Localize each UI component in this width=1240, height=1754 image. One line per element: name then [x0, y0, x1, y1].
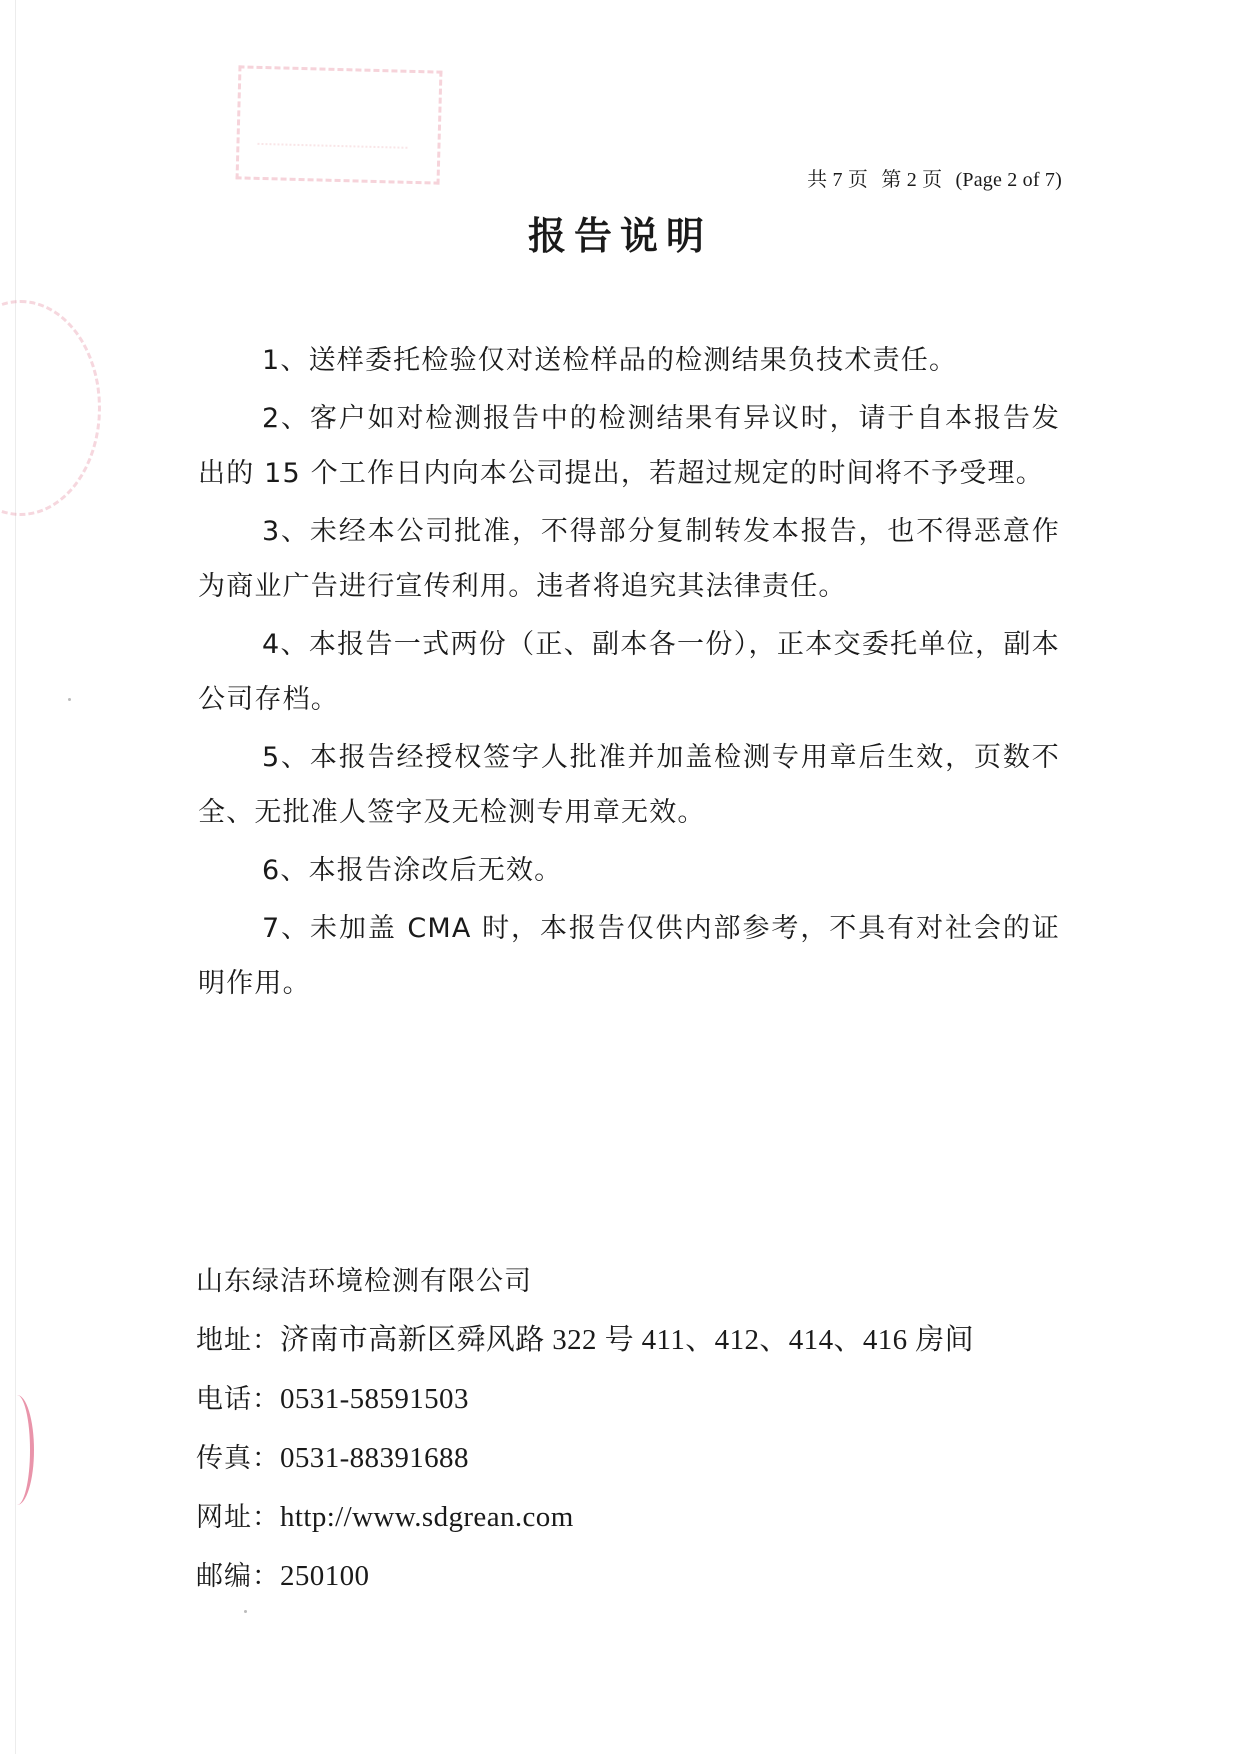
- postcode-line: 邮编：250100: [196, 1547, 1096, 1606]
- note-item-6: 6、本报告涂改后无效。: [198, 843, 1060, 898]
- scan-speck: [68, 698, 71, 701]
- fax-value: 0531-88391688: [280, 1442, 469, 1474]
- note-item-7: 7、未加盖 CMA 时，本报告仅供内部参考，不具有对社会的证明作用。: [198, 901, 1060, 1011]
- website-line: 网址：http://www.sdgrean.com: [196, 1488, 1096, 1547]
- seal-stamp-edge: [0, 1395, 34, 1505]
- address-value: 济南市高新区舜风路 322 号 411、412、414、416 房间: [280, 1324, 974, 1356]
- fax-label: 传真：: [196, 1443, 280, 1474]
- page-english: (Page 2 of 7): [956, 169, 1062, 191]
- phone-line: 电话：0531-58591503: [196, 1370, 1096, 1429]
- page-total: 共 7 页: [807, 169, 868, 191]
- faded-rectangular-stamp: [236, 65, 443, 184]
- address-label: 地址：: [196, 1325, 280, 1356]
- report-notes: 1、送样委托检验仅对送检样品的检测结果负技术责任。 2、客户如对检测报告中的检测…: [198, 333, 1060, 1014]
- page-current: 第 2 页: [881, 169, 942, 191]
- faded-round-seal-stamp: [0, 300, 101, 516]
- page-counter: 共 7 页 第 2 页 (Page 2 of 7): [807, 163, 1062, 192]
- phone-label: 电话：: [196, 1384, 280, 1415]
- address-line: 地址：济南市高新区舜风路 322 号 411、412、414、416 房间: [196, 1311, 1096, 1370]
- note-item-5: 5、本报告经授权签字人批准并加盖检测专用章后生效，页数不全、无批准人签字及无检测…: [198, 730, 1060, 840]
- note-item-3: 3、未经本公司批准，不得部分复制转发本报告，也不得恶意作为商业广告进行宣传利用。…: [198, 504, 1060, 614]
- note-item-2: 2、客户如对检测报告中的检测结果有异议时，请于自本报告发出的 15 个工作日内向…: [198, 391, 1060, 501]
- postcode-value: 250100: [280, 1560, 369, 1592]
- website-link[interactable]: http://www.sdgrean.com: [280, 1501, 574, 1533]
- fax-line: 传真：0531-88391688: [196, 1429, 1096, 1488]
- note-item-1: 1、送样委托检验仅对送检样品的检测结果负技术责任。: [198, 333, 1060, 388]
- document-title: 报告说明: [0, 205, 1240, 260]
- phone-value: 0531-58591503: [280, 1383, 469, 1415]
- company-name: 山东绿洁环境检测有限公司: [196, 1253, 1096, 1311]
- company-contact-block: 山东绿洁环境检测有限公司 地址：济南市高新区舜风路 322 号 411、412、…: [196, 1253, 1096, 1606]
- note-item-4: 4、本报告一式两份（正、副本各一份），正本交委托单位，副本公司存档。: [198, 617, 1060, 727]
- scan-speck: [244, 1610, 247, 1613]
- website-label: 网址：: [196, 1502, 280, 1533]
- postcode-label: 邮编：: [196, 1561, 280, 1592]
